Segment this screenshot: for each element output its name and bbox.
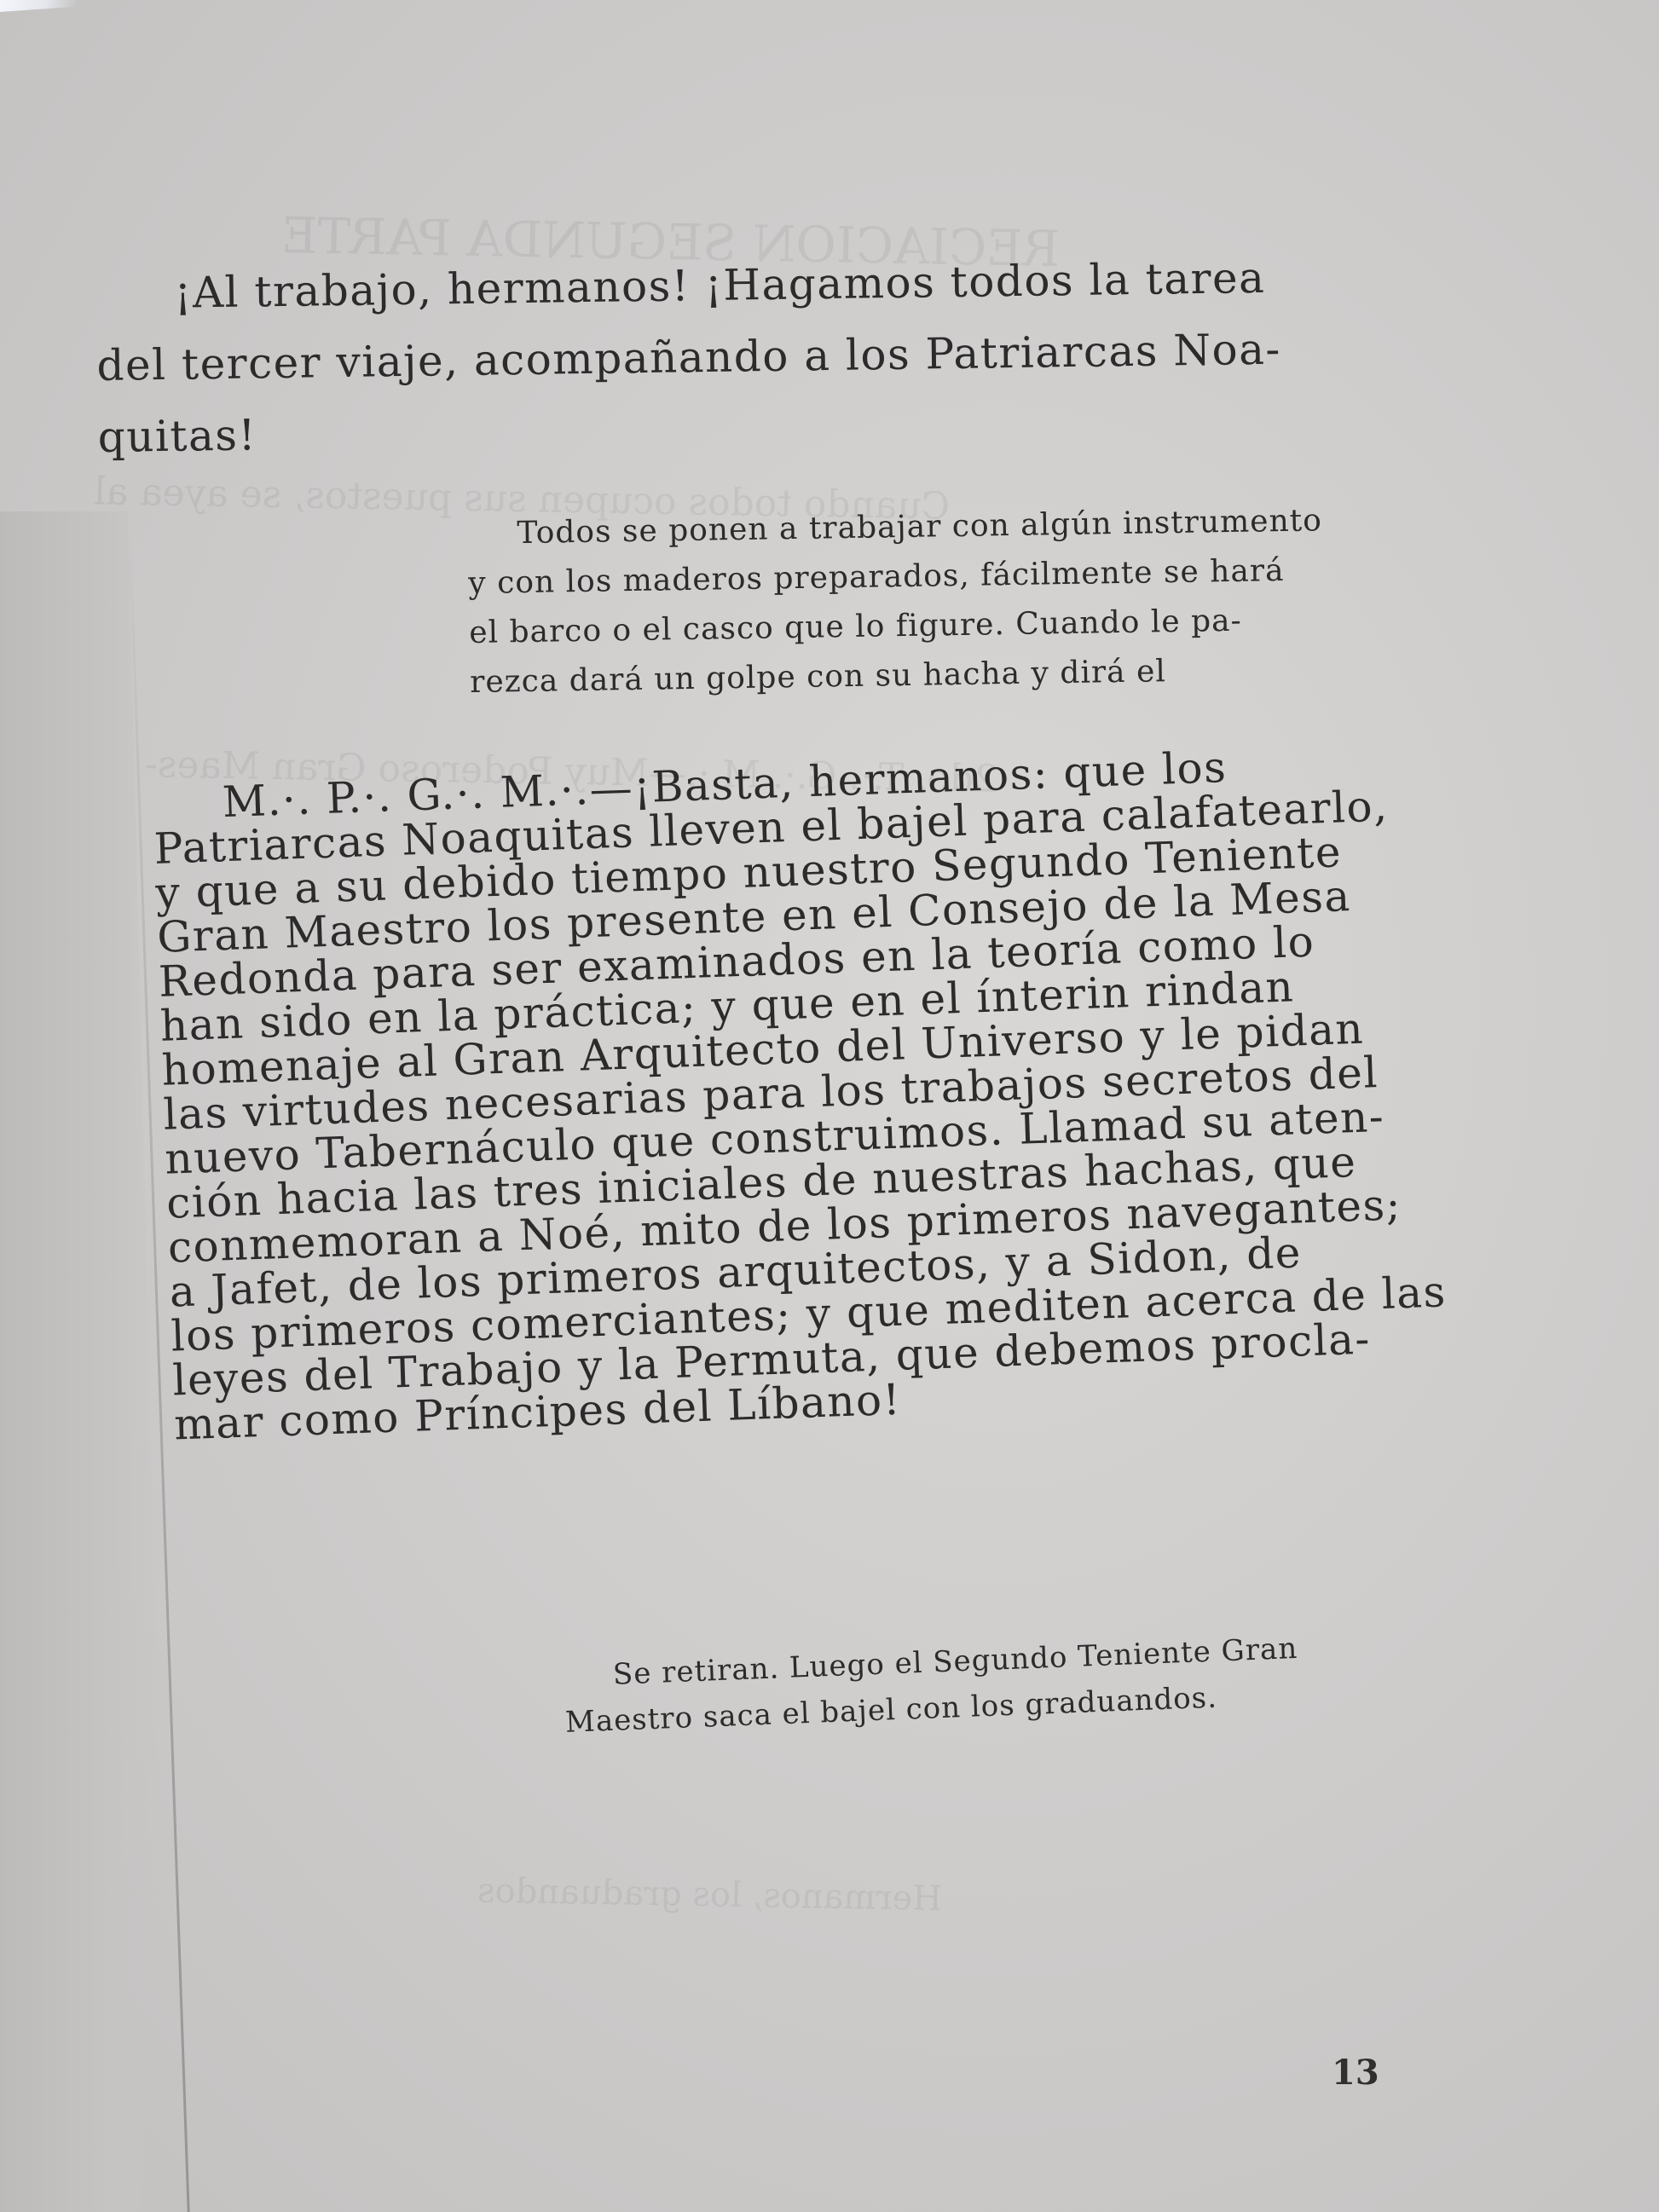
book-page: RECIACION SEGUNDA PARTE Cuando todos ocu… xyxy=(0,0,1659,2212)
opening-paragraph: ¡Al trabajo, hermanos! ¡Hagamos todos la… xyxy=(95,255,1282,460)
speech-paragraph: M.·. P.·. G.·. M.·.—¡Basta, hermanos: qu… xyxy=(152,738,1450,1447)
text-line: del tercer viaje, acompañando a los Patr… xyxy=(96,326,1281,389)
text-line: ¡Al trabajo, hermanos! ¡Hagamos todos la… xyxy=(95,255,1280,317)
bleed-through-line: Hermanos, los graduandos xyxy=(477,1871,943,1919)
stage-direction-2: Se retiran. Luego el Segundo Teniente Gr… xyxy=(563,1626,1300,1746)
text-line: quitas! xyxy=(97,398,1282,460)
page-number: 13 xyxy=(1332,2053,1379,2093)
light-glare xyxy=(0,0,77,12)
stage-direction-1: Todos se ponen a trabajar con algún inst… xyxy=(467,496,1325,707)
